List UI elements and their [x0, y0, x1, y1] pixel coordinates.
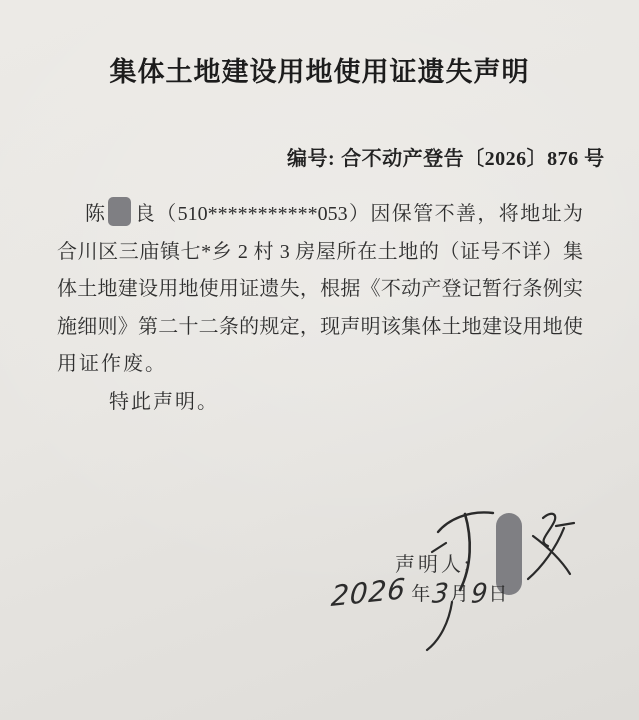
- body-line-5: 用证作废。: [57, 346, 583, 384]
- declaration-date: 2026年3月9日: [330, 576, 508, 609]
- body-line-2: 合川区三庙镇七*乡 2 村 3 房屋所在土地的（证号不详）集: [57, 234, 583, 272]
- declaration-body: 陈良（510***********053）因保管不善，将地址为 合川区三庙镇七*…: [57, 196, 583, 422]
- declarant-name-prefix: 陈: [85, 203, 106, 225]
- date-year-unit: 年: [411, 584, 431, 605]
- body-line-1: 陈良（510***********053）因保管不善，将地址为: [57, 196, 583, 234]
- date-month-unit: 月: [450, 584, 470, 605]
- body-line-4: 施细则》第二十二条的规定，现声明该集体土地建设用地使: [57, 309, 583, 347]
- date-day-unit: 日: [488, 584, 508, 605]
- name-redaction-box: [108, 197, 131, 226]
- document-number-value: 合不动产登告〔2026〕876 号: [341, 148, 605, 170]
- date-day-handwritten: 9: [470, 578, 489, 610]
- scanned-document-page: 集体土地建设用地使用证遗失声明 编号:合不动产登告〔2026〕876 号 陈良（…: [0, 0, 639, 720]
- body-line-6: 特此声明。: [57, 384, 583, 422]
- body-line-1-text: 良（510***********053）因保管不善，将地址为: [133, 203, 583, 225]
- date-year-handwritten: 2026: [330, 572, 407, 613]
- document-number-label: 编号:: [287, 148, 335, 170]
- document-title: 集体土地建设用地使用证遗失声明: [0, 50, 639, 89]
- body-line-3: 体土地建设用地使用证遗失，根据《不动产登记暂行条例实: [57, 271, 583, 309]
- document-number: 编号:合不动产登告〔2026〕876 号: [287, 142, 605, 171]
- date-month-handwritten: 3: [431, 578, 450, 610]
